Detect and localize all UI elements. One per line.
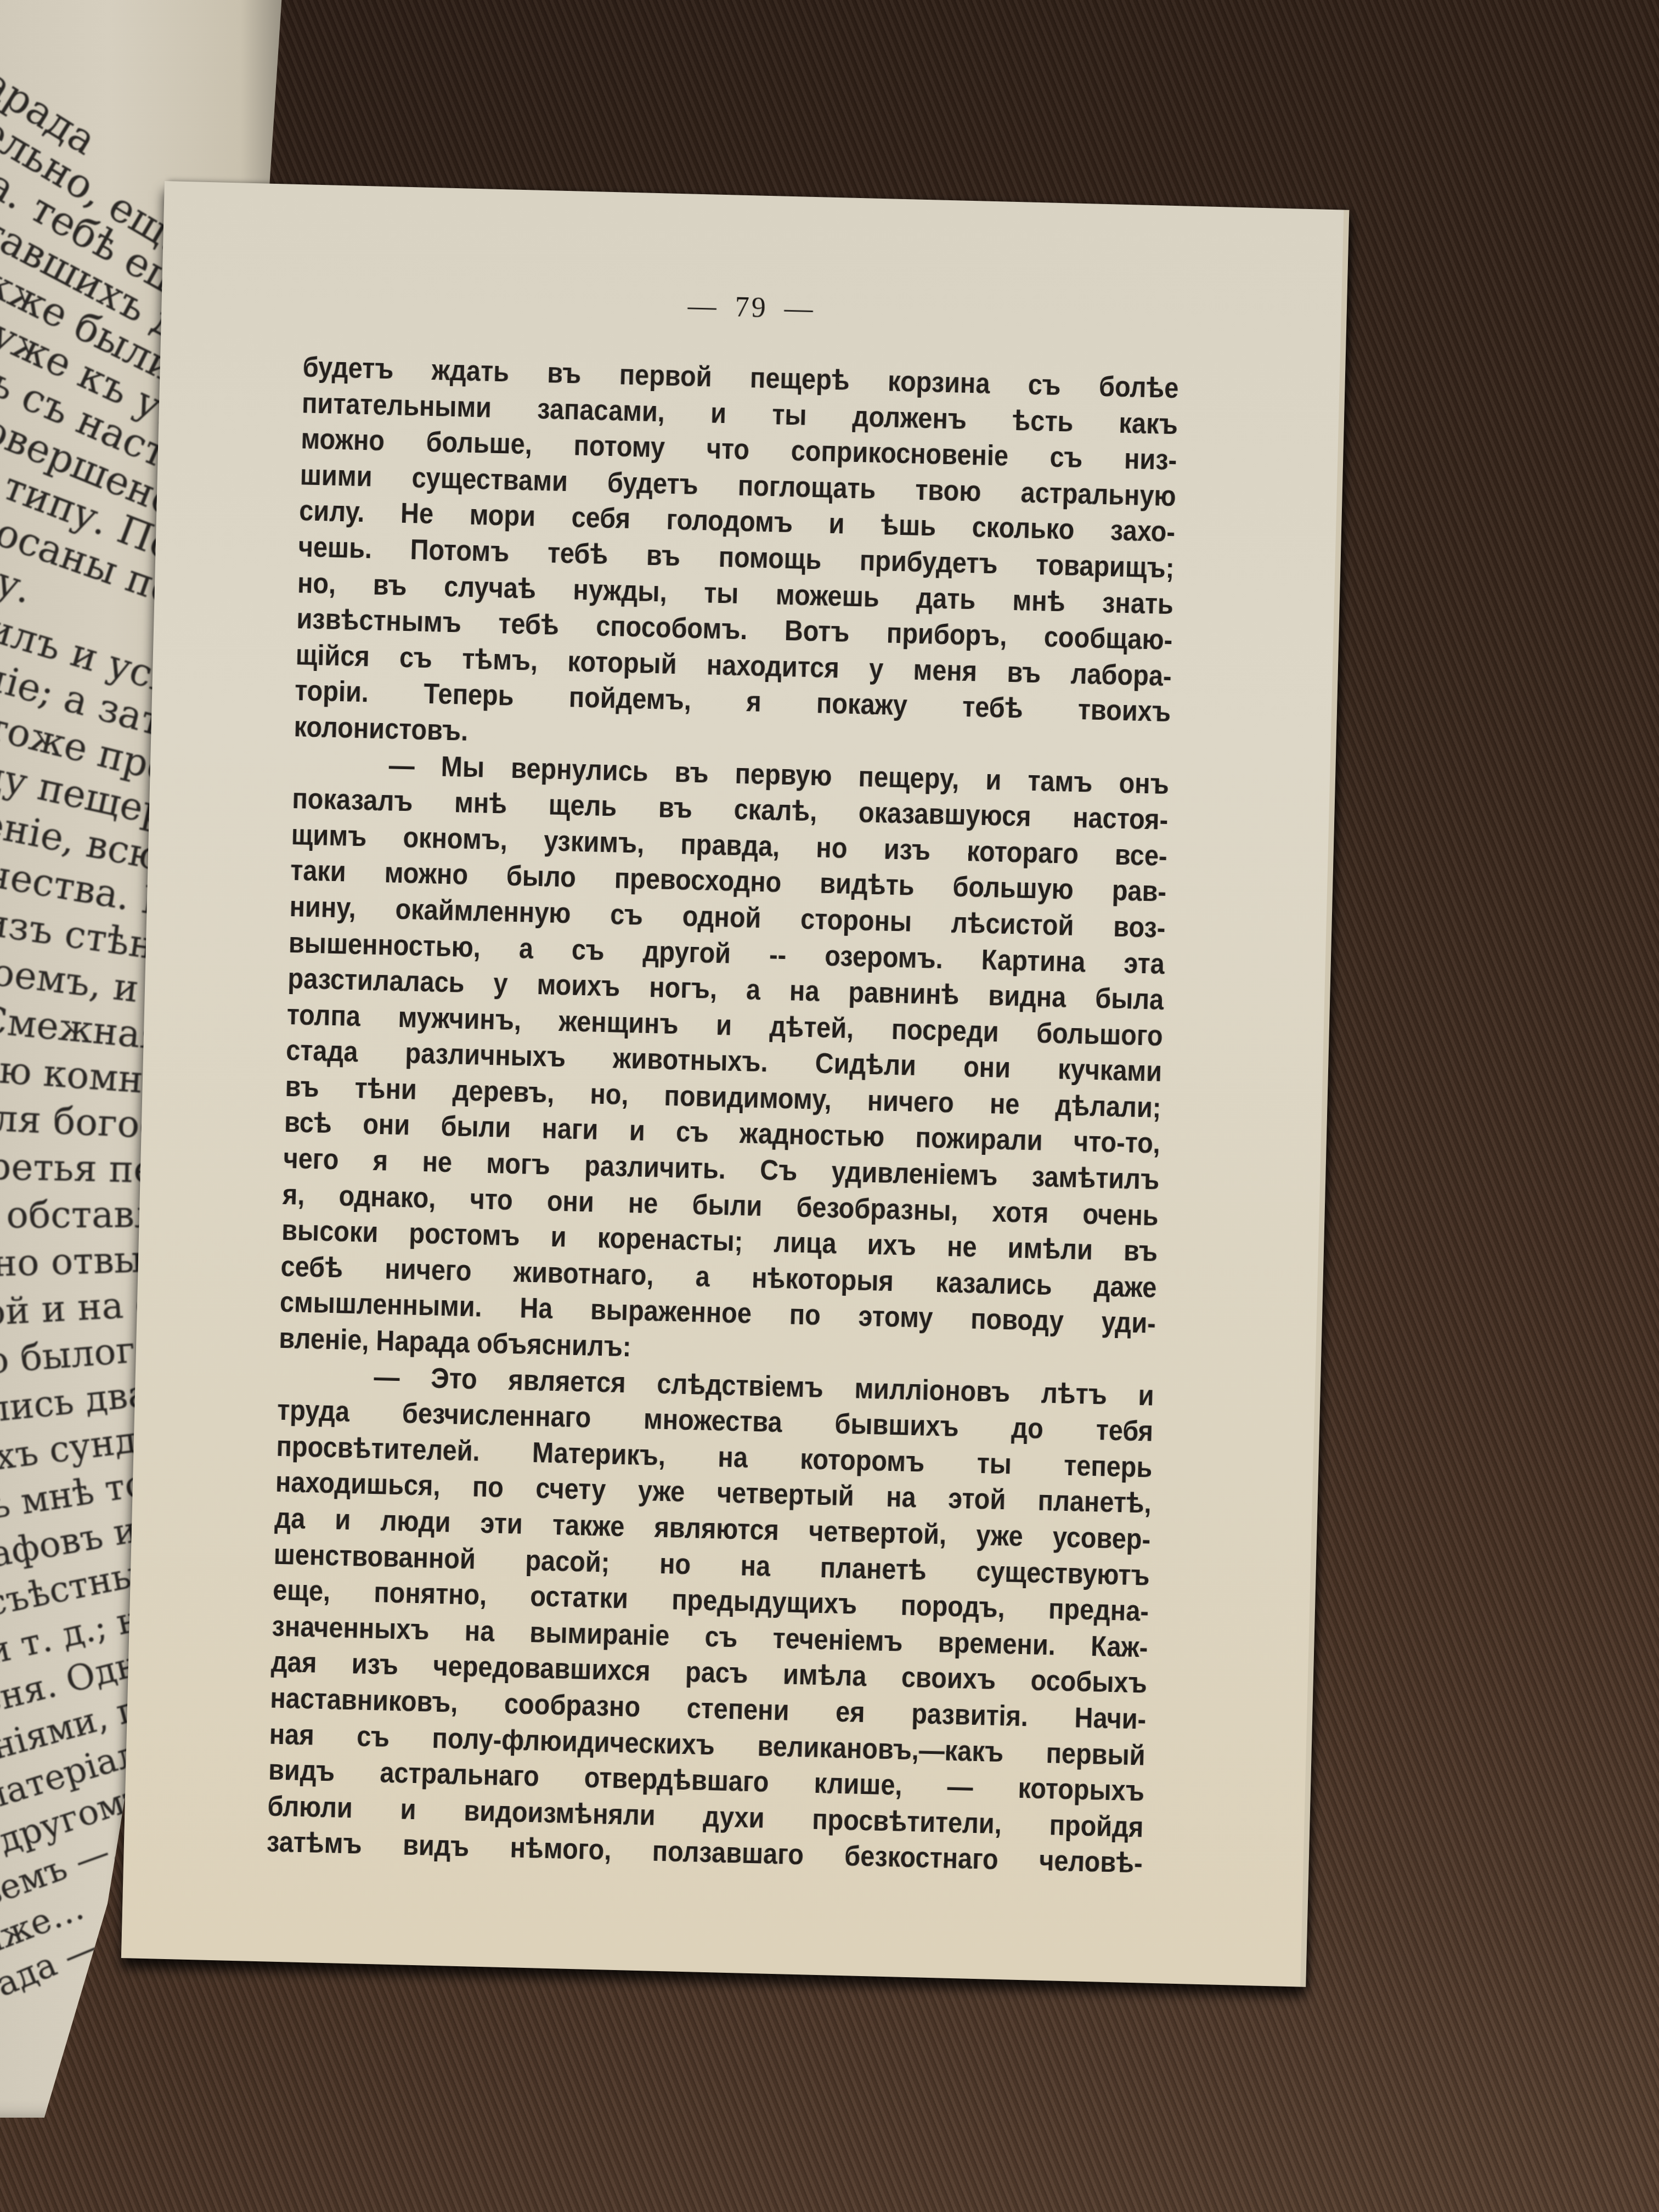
page-number-header: —79— [161,277,1341,338]
left-page-line: …и была обставлена… [0,1190,143,1239]
page-number-dash-left: — [687,290,719,322]
page-body-text: будетъ ждать въ первой пещерѣ корзина съ… [266,349,1181,1881]
right-page: —79— будетъ ждать въ первой пещерѣ корзи… [121,181,1350,1987]
left-page-line: …твій. Третья пещ… [0,1139,145,1194]
page-number: 79 [735,291,768,323]
page-number-dash-right: — [784,293,815,325]
